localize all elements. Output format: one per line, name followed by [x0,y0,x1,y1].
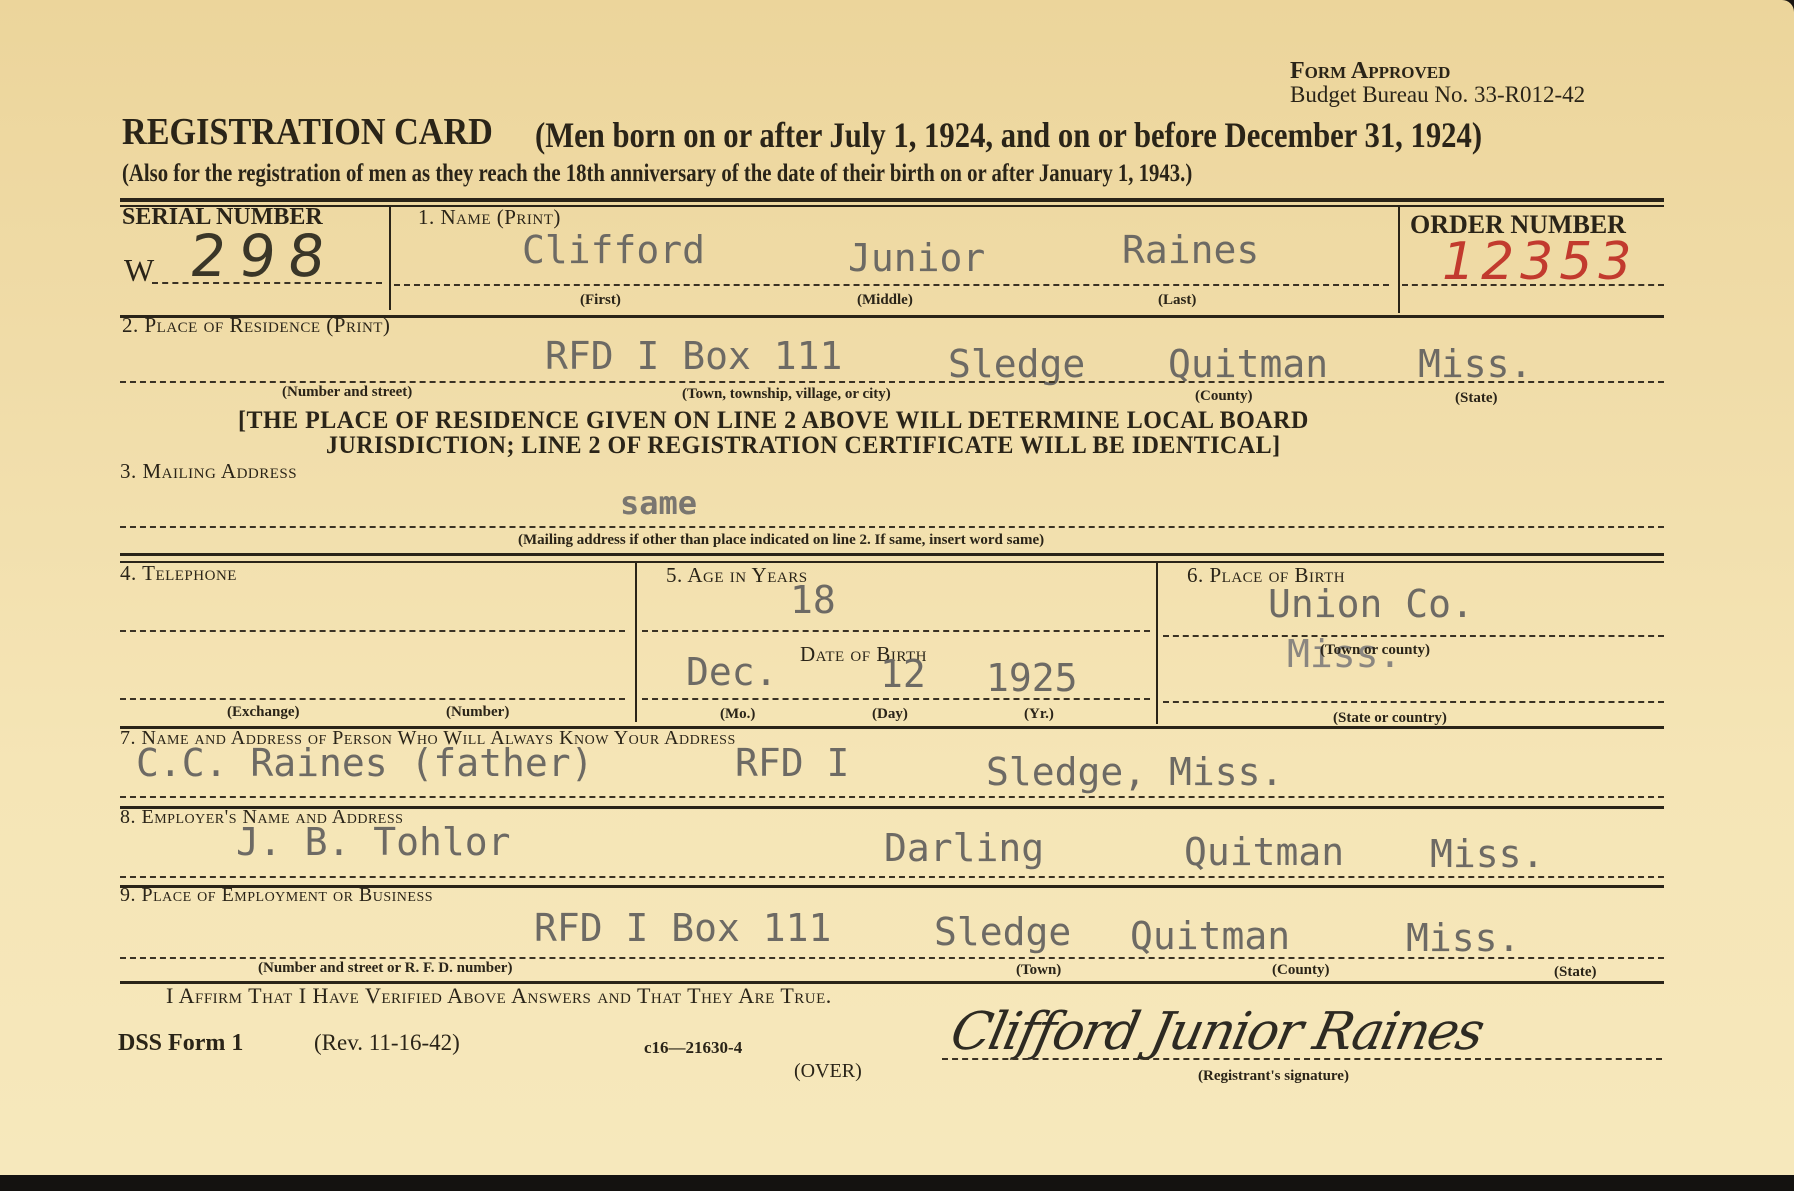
contact-name-value[interactable]: C.C. Raines (father) [136,741,594,785]
birth-day-value[interactable]: 12 [880,652,926,696]
exchange-caption: (Exchange) [227,704,300,721]
birth-month-value[interactable]: Dec. [686,650,778,694]
age-value[interactable]: 18 [790,578,836,622]
town-or-county-caption: (Town or county) [1320,642,1430,659]
divider [120,198,1664,202]
employment-town-value[interactable]: Sledge [934,910,1071,954]
contact-rfd-value[interactable]: RFD I [735,741,849,785]
signature-field[interactable] [942,1058,1662,1060]
contact-town-value[interactable]: Sledge, Miss. [986,750,1283,794]
middle-name-value[interactable]: Junior [848,236,985,280]
contact-field[interactable] [120,796,1664,798]
telephone-exchange-field[interactable] [120,630,625,632]
affirmation-text: I Affirm That I Have Verified Above Answ… [166,983,832,1009]
name-field[interactable] [394,284,1389,286]
scan-edge [0,1175,1794,1191]
employment-street-value[interactable]: RFD I Box 111 [534,906,831,950]
employment-county-caption: (County) [1272,962,1330,979]
residence-field[interactable] [120,381,1664,383]
birthplace-state-field[interactable] [1163,701,1664,703]
first-name-value[interactable]: Clifford [522,228,705,272]
residence-state-value[interactable]: Miss. [1418,342,1532,386]
birthplace-town-field[interactable] [1163,635,1664,637]
column-divider [635,562,637,722]
month-caption: (Mo.) [720,706,755,723]
town-caption: (Town, township, village, or city) [682,386,891,403]
employer-state-value[interactable]: Miss. [1430,832,1544,876]
residence-notice-line2: JURISDICTION; LINE 2 OF REGISTRATION CER… [326,432,1281,460]
mailing-address-field[interactable] [120,526,1664,528]
residence-label: 2. Place of Residence (Print) [122,313,390,338]
employment-town-caption: (Town) [1016,962,1061,979]
employment-field[interactable] [120,957,1664,959]
over-note: (OVER) [794,1060,862,1083]
employer-county-value[interactable]: Quitman [1184,830,1344,874]
serial-prefix: W [124,252,154,289]
street-caption: (Number and street) [282,384,412,401]
number-caption: (Number) [446,704,509,721]
signature-caption: (Registrant's signature) [1198,1068,1349,1085]
employment-county-value[interactable]: Quitman [1130,914,1290,958]
employer-town-value[interactable]: Darling [884,826,1044,870]
employer-name-value[interactable]: J. B. Tohlor [236,820,511,864]
form-title: REGISTRATION CARD [122,110,493,154]
last-caption: (Last) [1158,292,1196,309]
form-approved-label: Form Approved [1290,58,1450,85]
serial-number-value: 298 [186,222,340,290]
column-divider [1398,205,1400,313]
day-caption: (Day) [872,706,908,723]
serial-number-field[interactable] [152,282,382,284]
order-number-value[interactable]: 12353 [1442,232,1637,292]
state-caption: (State) [1455,390,1497,407]
residence-county-value[interactable]: Quitman [1168,342,1328,386]
registrant-signature[interactable]: Clifford Junior Raines [946,1002,1488,1062]
budget-bureau-number: Budget Bureau No. 33-R012-42 [1290,82,1585,108]
column-divider [1156,562,1158,724]
mailing-caption: (Mailing address if other than place ind… [518,532,1044,549]
year-caption: (Yr.) [1024,706,1054,723]
residence-notice-line1: [THE PLACE OF RESIDENCE GIVEN ON LINE 2 … [238,407,1309,435]
form-revision: (Rev. 11-16-42) [314,1030,460,1056]
age-label: 5. Age in Years [666,563,808,588]
column-divider [389,205,391,310]
form-title-note: (Men born on or after July 1, 1924, and … [535,114,1482,156]
divider [120,205,1664,207]
state-or-country-caption: (State or country) [1333,710,1447,727]
residence-town-value[interactable]: Sledge [948,342,1085,386]
employment-street-caption: (Number and street or R. F. D. number) [258,960,512,977]
form-subtitle: (Also for the registration of men as the… [122,160,1192,188]
telephone-label: 4. Telephone [120,561,237,586]
order-number-field[interactable] [1402,284,1664,286]
registration-card: Form Approved Budget Bureau No. 33-R012-… [0,0,1794,1180]
last-name-value[interactable]: Raines [1122,228,1259,272]
name-label: 1. Name (Print) [418,205,561,230]
birth-year-value[interactable]: 1925 [986,656,1078,700]
residence-street-value[interactable]: RFD I Box 111 [545,334,842,378]
first-caption: (First) [580,292,621,309]
county-caption: (County) [1195,388,1253,405]
mailing-address-label: 3. Mailing Address [120,459,297,484]
print-code: c16—21630-4 [644,1038,742,1058]
birthplace-town-value[interactable]: Union Co. [1268,582,1474,626]
employment-state-value[interactable]: Miss. [1406,916,1520,960]
employer-field[interactable] [120,876,1664,878]
age-field[interactable] [642,630,1150,632]
telephone-number-field[interactable] [120,698,625,700]
mailing-address-value[interactable]: same [620,484,697,522]
form-id: DSS Form 1 [118,1030,243,1057]
divider [120,553,1664,556]
divider [120,561,1664,563]
employment-label: 9. Place of Employment or Business [120,884,433,907]
employment-state-caption: (State) [1554,964,1596,981]
date-of-birth-field[interactable] [642,698,1150,700]
middle-caption: (Middle) [857,292,913,309]
